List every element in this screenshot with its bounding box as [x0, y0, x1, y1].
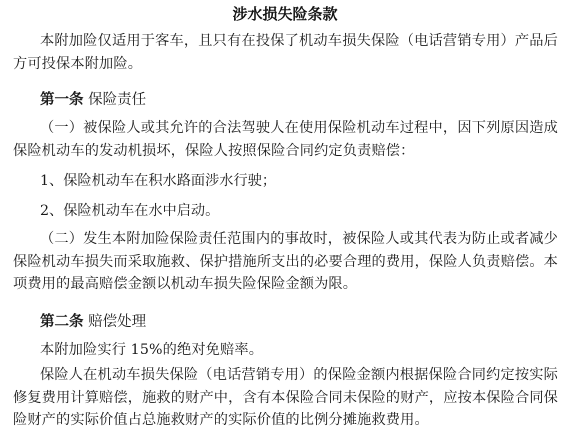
clause-paragraph: （一）被保险人或其允许的合法驾驶人在使用保险机动车过程中，因下列原因造成保险机动… [13, 117, 558, 162]
intro-paragraph: 本附加险仅适用于客车，且只有在投保了机动车损失保险（电话营销专用）产品后方可投保… [13, 30, 558, 75]
section-heading-1: 第一条 保险责任 [40, 90, 146, 110]
section-number: 第一条 [40, 92, 84, 108]
section-title: 保险责任 [88, 92, 146, 108]
clause-paragraph: 保险人在机动车损失保险（电话营销专用）的保险金额内根据保险合同约定按实际修复费用… [13, 364, 558, 430]
list-item: 1、保险机动车在积水路面涉水行驶； [40, 171, 276, 191]
clause-paragraph: （二）发生本附加险保险责任范围内的事故时，被保险人或其代表为防止或者减少保险机动… [13, 228, 558, 296]
document-title: 涉水损失险条款 [0, 4, 570, 24]
clause-paragraph: 本附加险实行 15%的绝对免赔率。 [13, 339, 558, 362]
section-title: 赔偿处理 [88, 314, 146, 330]
section-heading-2: 第二条 赔偿处理 [40, 312, 146, 332]
section-number: 第二条 [40, 314, 84, 330]
list-item: 2、保险机动车在水中启动。 [40, 201, 219, 221]
